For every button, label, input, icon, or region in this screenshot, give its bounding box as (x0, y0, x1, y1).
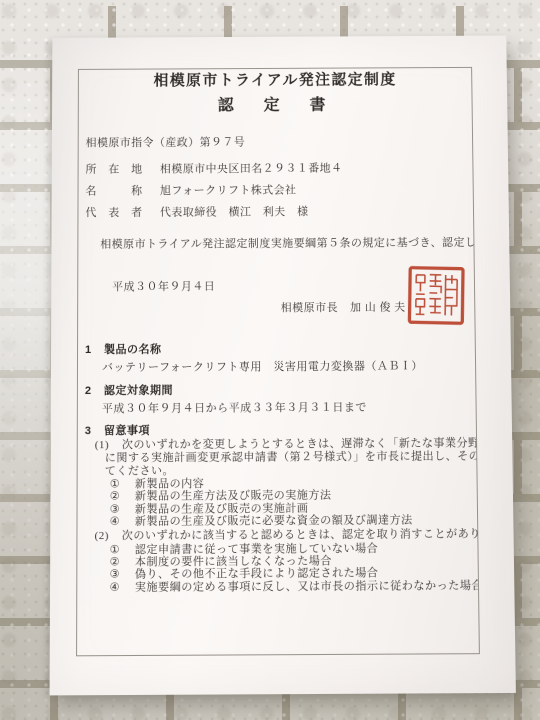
circled-3: ③ (110, 503, 135, 516)
recipient-fields: 所 在 地 相模原市中央区田名２９３１番地４ 名 称 旭フォークリフト株式会社 … (85, 161, 466, 220)
circled-4: ④ (110, 516, 135, 529)
note-2-line-1: 次のいずれかに該当すると認めるときは、認定を取り消すことがあります。 (122, 528, 480, 544)
section-3-number: 3 (85, 424, 104, 438)
certification-statement: 相模原市トライアル発注認定制度実施要綱第５条の規定に基づき、認定します。 (100, 236, 466, 252)
note-1-marker: (1) (95, 439, 122, 452)
section-2-heading-text: 認定対象期間 (104, 384, 173, 398)
circled-2: ② (110, 556, 135, 569)
section-notes-heading: 3 留意事項 (85, 422, 469, 438)
note-1-subitem-1-text: 新製品の内容 (135, 478, 204, 491)
field-company-name-label: 名 称 (85, 184, 159, 198)
document-title: 相模原市トライアル発注認定制度 (86, 71, 465, 90)
numbered-sections: 1 製品の名称 バッテリーフォークリフト専用 災害用電力変換器（ＡＢＩ） 2 認… (84, 341, 471, 594)
field-address-label: 所 在 地 (86, 162, 160, 176)
reference-number: 相模原市指令（産政）第９７号 (86, 134, 466, 150)
photo-scene: 相模原市トライアル発注認定制度 認 定 書 相模原市指令（産政）第９７号 所 在… (0, 0, 540, 720)
section-3-heading-text: 留意事項 (104, 424, 150, 438)
section-product-name-heading: 1 製品の名称 (85, 341, 468, 357)
certificate-paper: 相模原市トライアル発注認定制度 認 定 書 相模原市指令（産政）第９７号 所 在… (50, 36, 516, 696)
note-2-paragraph: (2) 次のいずれかに該当すると認めるときは、認定を取り消すことがあります。 (95, 528, 471, 544)
circled-2: ② (110, 491, 135, 504)
note-1-line-2: に関する実施計画変更承認申請書（第２号様式）」を市長に提出し、その承認を受け (105, 450, 470, 465)
field-representative: 代 表 者 代表取締役 横江 利夫 様 (85, 204, 466, 220)
circled-1: ① (110, 544, 135, 557)
section-product-name-body: バッテリーフォークリフト専用 災害用電力変換器（ＡＢＩ） (102, 359, 468, 375)
circled-1: ① (110, 478, 135, 491)
section-1-number: 1 (85, 343, 104, 357)
section-1-heading-text: 製品の名称 (104, 343, 161, 357)
note-1-subitem-2-text: 新製品の生産方法及び販売の実施方法 (135, 490, 332, 504)
issuer-name: 加 山 俊 夫 (350, 302, 406, 314)
field-representative-label: 代 表 者 (85, 206, 160, 220)
certificate-border-frame: 相模原市トライアル発注認定制度 認 定 書 相模原市指令（産政）第９７号 所 在… (76, 67, 480, 656)
note-1-subitem-4: ④ 新製品の生産及び販売に必要な資金の額及び調達方法 (110, 514, 470, 528)
note-2-subitem-4: ④ 実施要綱の定める事項に反し、又は市長の指示に従わなかった場合 (110, 580, 471, 595)
note-2-subitem-1-text: 認定申請書に従って事業を実施していない場合 (135, 542, 378, 556)
note-2-subitem-4-text: 実施要綱の定める事項に反し、又は市長の指示に従わなかった場合 (135, 580, 480, 594)
field-company-name-value: 旭フォークリフト株式会社 (160, 183, 297, 197)
circled-4: ④ (110, 581, 135, 594)
issuer-row: 相模原市長加 山 俊 夫 (281, 300, 468, 315)
mayor-seal-stamp (407, 264, 466, 327)
note-2-subitems: ① 認定申請書に従って事業を実施していない場合 ② 本制度の要件に該当しなくなっ… (84, 542, 471, 594)
issuer-title: 相模原市長 (281, 302, 338, 314)
section-period-body: 平成３０年９月４日から平成３３年３月３１日まで (102, 400, 469, 416)
note-1-subitem-3-text: 新製品の生産及び販売の実施計画 (135, 502, 309, 515)
field-address-value: 相模原市中央区田名２９３１番地４ (160, 162, 343, 177)
circled-3: ③ (110, 569, 135, 582)
field-representative-value: 代表取締役 横江 利夫 様 (160, 205, 309, 220)
field-company-name: 名 称 旭フォークリフト株式会社 (85, 183, 465, 199)
field-address: 所 在 地 相模原市中央区田名２９３１番地４ (86, 161, 466, 177)
note-2-marker: (2) (95, 530, 122, 544)
certificate-heading: 認 定 書 (86, 96, 465, 115)
note-1-subitems: ① 新製品の内容 ② 新製品の生産方法及び販売の実施方法 ③ 新製品の生産及び販… (85, 476, 471, 528)
section-period-heading: 2 認定対象期間 (85, 382, 469, 398)
section-2-number: 2 (85, 384, 104, 398)
note-1-subitem-4-text: 新製品の生産及び販売に必要な資金の額及び調達方法 (135, 514, 413, 528)
